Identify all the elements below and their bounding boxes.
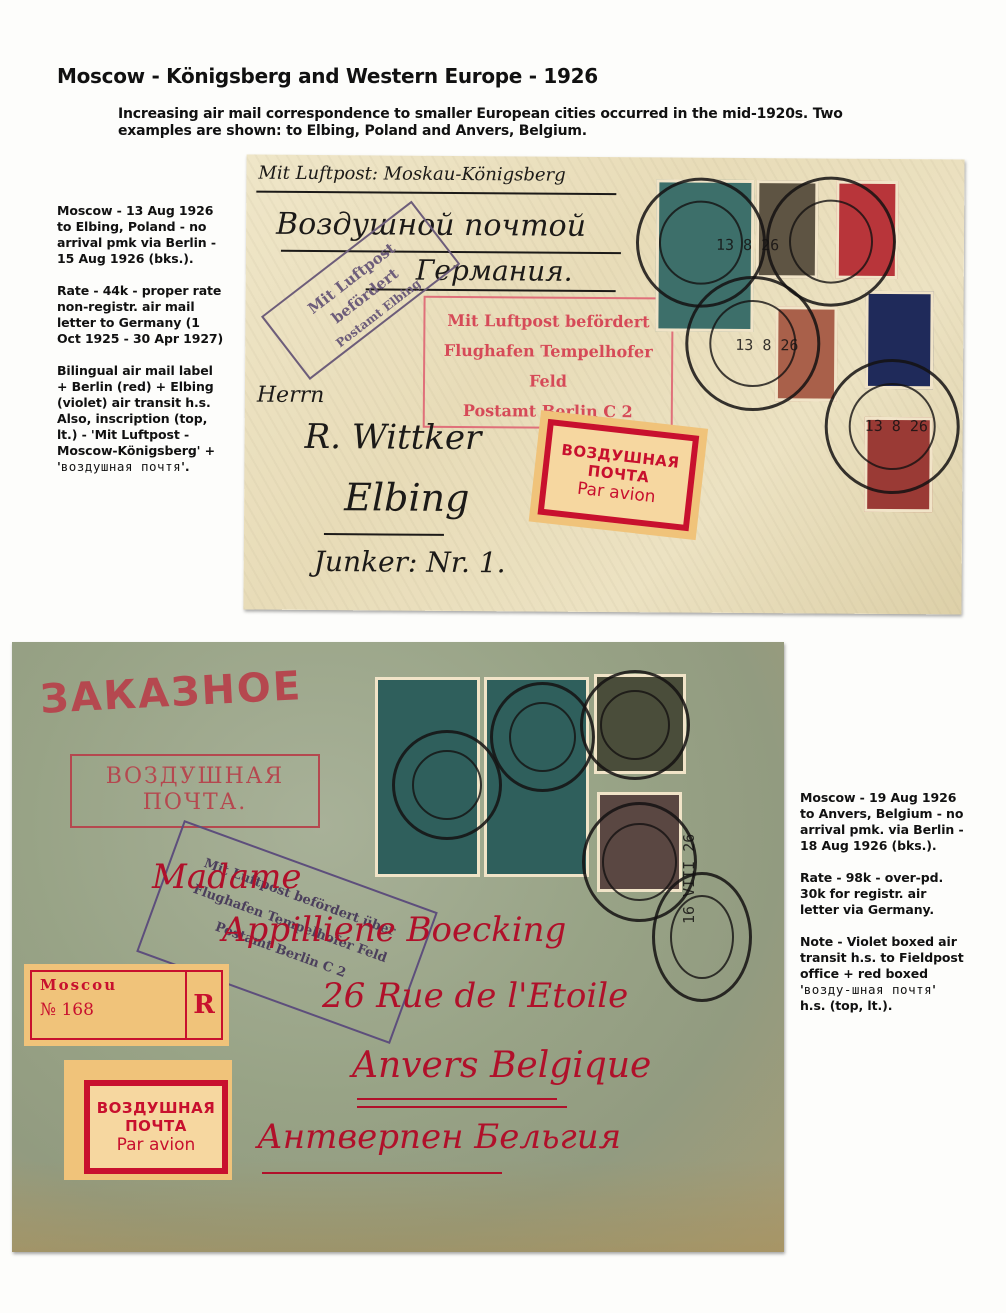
cover1-note-rate: Rate - 44k - proper rate non-registr. ai… xyxy=(57,283,227,347)
cover2-note-markings: Note - Violet boxed air transit h.s. to … xyxy=(800,934,965,1014)
addressee-line-4: Anvers Belgique xyxy=(352,1045,651,1086)
registration-letter: R xyxy=(185,972,221,1038)
postmark xyxy=(652,872,752,1002)
addressee-line-2: Appilliene Boecking xyxy=(222,910,566,950)
inscription-top: Mit Luftpost: Moskau-Königsberg xyxy=(258,163,565,186)
cover-elbing: Mit Luftpost: Moskau-Königsberg Воздушно… xyxy=(243,154,964,614)
cover-anvers: ЗАКАЗНОЕ ВОЗДУШНАЯ ПОЧТА. Mit Luftpost b… xyxy=(12,642,784,1252)
air-mail-label: ВОЗДУШНАЯ ПОЧТА Par avion xyxy=(529,410,708,540)
registration-number: № 168 xyxy=(40,1000,177,1020)
addressee-line-3: Elbing xyxy=(344,475,469,520)
cover2-note-rate: Rate - 98k - over-pd. 30k for registr. a… xyxy=(800,870,965,918)
addressee-line-2: R. Wittker xyxy=(304,417,481,458)
cover2-description: Moscow - 19 Aug 1926 to Anvers, Belgium … xyxy=(800,790,965,1030)
addressee-line-1: Madame xyxy=(152,857,301,897)
addressee-line-5: Антверпен Бельгия xyxy=(257,1117,621,1157)
registration-city: Moscou xyxy=(40,976,177,994)
cover1-note-markings: Bilingual air mail label + Berlin (red) … xyxy=(57,363,227,475)
addressee-line-1: Herrn xyxy=(257,383,325,408)
postmark-date: 13 8 26 xyxy=(865,417,928,435)
red-handstamp-berlin: Mit Luftpost befördert Flughafen Tempelh… xyxy=(423,296,674,430)
intro-text: Increasing air mail correspondence to sm… xyxy=(118,106,878,140)
cover1-note-route: Moscow - 13 Aug 1926 to Elbing, Poland -… xyxy=(57,203,227,267)
cover1-description: Moscow - 13 Aug 1926 to Elbing, Poland -… xyxy=(57,203,227,491)
red-boxed-air-handstamp: ВОЗДУШНАЯ ПОЧТА. xyxy=(70,754,320,828)
addressee-line-4: Junker: Nr. 1. xyxy=(314,545,506,579)
registration-label: Moscou № 168 R xyxy=(24,964,229,1046)
air-mail-label: ВОЗДУШНАЯ ПОЧТА Par avion xyxy=(64,1060,232,1180)
cover2-note-route: Moscow - 19 Aug 1926 to Anvers, Belgium … xyxy=(800,790,965,854)
registered-handstamp: ЗАКАЗНОЕ xyxy=(39,663,303,723)
page-title: Moscow - Königsberg and Western Europe -… xyxy=(57,64,598,88)
postmark-date: 13 8 26 xyxy=(735,336,798,354)
postmark xyxy=(580,670,690,780)
postmark xyxy=(392,730,502,840)
postmark-date: 16 VIII 26 xyxy=(680,834,698,924)
addressee-line-3: 26 Rue de l'Etoile xyxy=(322,976,628,1016)
postmark-date: 13 8 26 xyxy=(716,236,779,254)
postmark xyxy=(490,682,595,792)
